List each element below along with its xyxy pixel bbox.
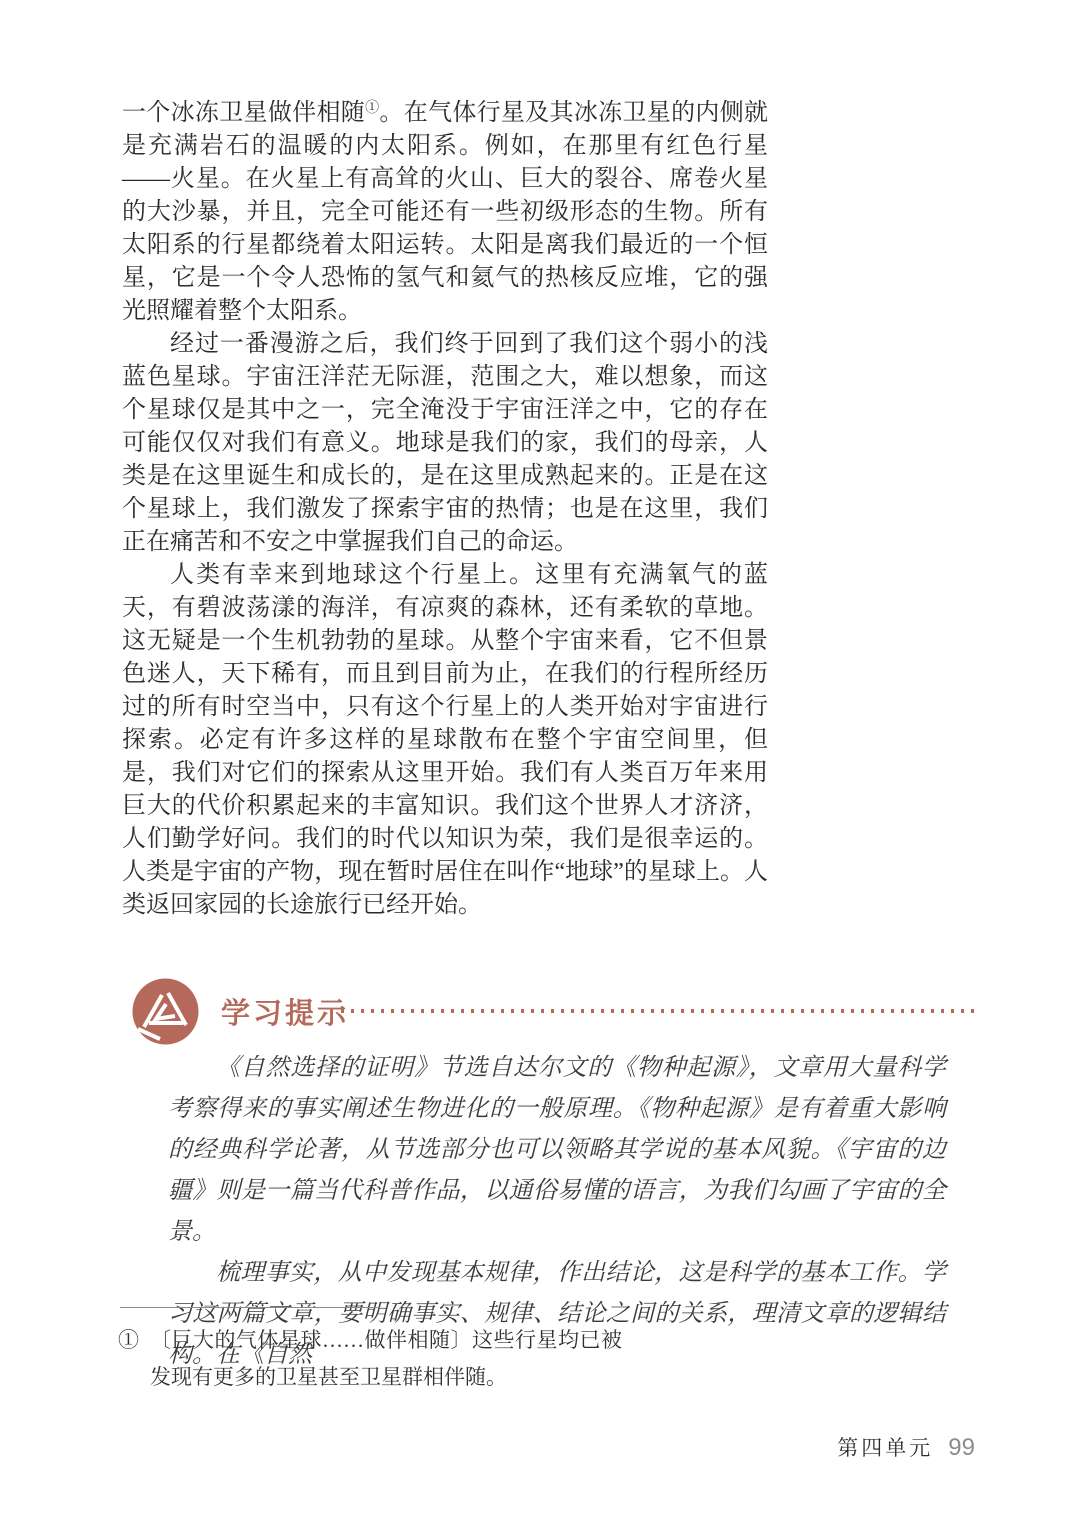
page-number: 99 [948,1434,975,1462]
body-paragraph: 经过一番漫游之后，我们终于回到了我们这个弱小的浅蓝色星球。宇宙汪洋茫无际涯，范围… [122,328,768,559]
body-text: 一个冰冻卫星做伴相随①。在气体行星及其冰冻卫星的内侧就是充满岩石的温暖的内太阳系… [122,97,768,922]
page-footer: 第四单元 99 [837,1432,975,1462]
footnote-number: ① [118,1322,150,1359]
textbook-page: 一个冰冻卫星做伴相随①。在气体行星及其冰冻卫星的内侧就是充满岩石的温暖的内太阳系… [0,0,1080,1528]
footnote-reference-mark: ① [365,101,379,116]
footnote-divider [120,1307,380,1308]
dotted-divider [341,1009,975,1013]
hint-section-header: 学习提示 [132,978,349,1045]
footnote: ① 〔巨大的气体星球……做伴相随〕这些行星均已被发现有更多的卫星甚至卫星群相伴随… [118,1322,622,1396]
body-paragraph: 人类有幸来到地球这个行星上。这里有充满氧气的蓝天，有碧波荡漾的海洋，有凉爽的森林… [122,559,768,922]
paragraph-text: 一个冰冻卫星做伴相随 [122,100,365,126]
hint-paragraph: 《自然选择的证明》节选自达尔文的《物种起源》，文章用大量科学考察得来的事实阐述生… [168,1048,946,1253]
textbook-emblem-icon [132,978,199,1045]
unit-label: 第四单元 [837,1432,933,1462]
footnote-text: 〔巨大的气体星球……做伴相随〕这些行星均已被发现有更多的卫星甚至卫星群相伴随。 [150,1322,622,1396]
paragraph-text: 。在气体行星及其冰冻卫星的内侧就是充满岩石的温暖的内太阳系。例如，在那里有红色行… [122,100,768,324]
hint-section-title: 学习提示 [221,991,349,1032]
body-paragraph: 一个冰冻卫星做伴相随①。在气体行星及其冰冻卫星的内侧就是充满岩石的温暖的内太阳系… [122,97,768,328]
